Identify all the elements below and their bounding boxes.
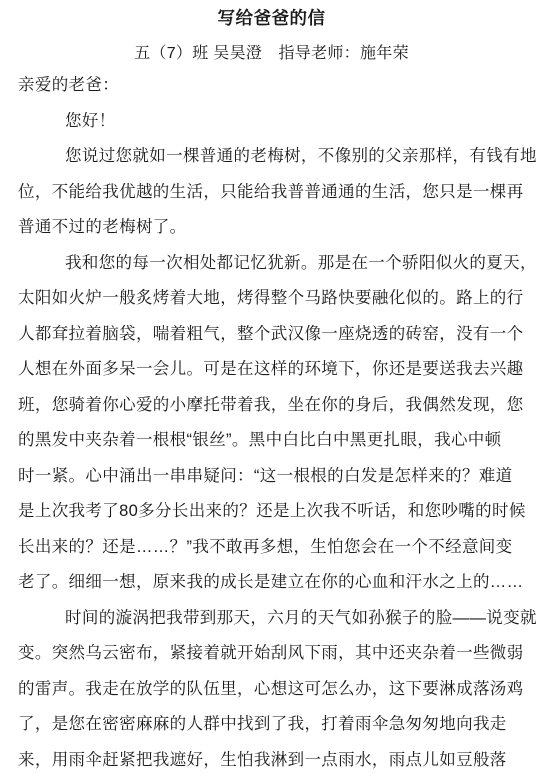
text-line: 的雷声。我走在放学的队伍里，心想这可怎么办，这下要淋成落汤鸡 [18,672,525,708]
text-line: 变。突然乌云密布，紧接着就开始刮风下雨，其中还夹杂着一些微弱 [18,636,525,672]
text-line: 人想在外面多呆一会儿。可是在这样的环境下，你还是要送我去兴趣 [18,352,525,388]
text-line: 班，您骑着你心爱的小摩托带着我，坐在你的身后，我偶然发现，您 [18,388,525,424]
text-line: 位，不能给我优越的生活，只能给我普普通通的生活，您只是一棵再 [18,175,525,211]
text-line: 老了。细细一想，原来我的成长是建立在你的心血和汗水之上的…… [18,565,525,601]
document-page: 写给爸爸的信 五（7）班 吴昊澄 指导老师：施年荣 亲爱的老爸： 您好！您说过您… [0,0,543,780]
text-line: 您好！ [18,104,525,140]
byline: 五（7）班 吴昊澄 指导老师：施年荣 [18,44,525,64]
paragraph: 时间的漩涡把我带到那天，六月的天气如孙猴子的脸——说变就变。突然乌云密布，紧接着… [18,601,525,779]
paragraphs: 您好！您说过您就如一棵普通的老梅树，不像别的父亲那样，有钱有地位，不能给我优越的… [18,104,525,779]
paragraph: 我和您的每一次相处都记忆犹新。那是在一个骄阳似火的夏天，太阳如火炉一般炙烤着大地… [18,246,525,601]
letter-body: 亲爱的老爸： 您好！您说过您就如一棵普通的老梅树，不像别的父亲那样，有钱有地位，… [18,68,525,778]
text-line: 的黑发中夹杂着一根根“银丝”。黑中白比白中黑更扎眼，我心中顿 [18,423,525,459]
text-line: 长出来的？还是……？”我不敢再多想，生怕您会在一个不经意间变 [18,530,525,566]
text-line: 了，是您在密密麻麻的人群中找到了我，打着雨伞急匆匆地向我走 [18,707,525,743]
text-line: 人都耷拉着脑袋，喘着粗气，整个武汉像一座烧透的砖窑，没有一个 [18,317,525,353]
text-line: 来，用雨伞赶紧把我遮好，生怕我淋到一点雨水，雨点儿如豆般落 [18,743,525,779]
page-title: 写给爸爸的信 [18,0,525,28]
text-line: 时间的漩涡把我带到那天，六月的天气如孙猴子的脸——说变就 [18,601,525,637]
text-line: 时一紧。心中涌出一串串疑问：“这一根根的白发是怎样来的？难道 [18,459,525,495]
salutation: 亲爱的老爸： [18,68,525,104]
text-line: 我和您的每一次相处都记忆犹新。那是在一个骄阳似火的夏天， [18,246,525,282]
text-line: 您说过您就如一棵普通的老梅树，不像别的父亲那样，有钱有地 [18,139,525,175]
paragraph: 您好！ [18,104,525,140]
text-line: 普通不过的老梅树了。 [18,210,525,246]
paragraph: 您说过您就如一棵普通的老梅树，不像别的父亲那样，有钱有地位，不能给我优越的生活，… [18,139,525,246]
text-line: 太阳如火炉一般炙烤着大地，烤得整个马路快要融化似的。路上的行 [18,281,525,317]
text-line: 是上次我考了80多分长出来的？还是上次我不听话，和您吵嘴的时候 [18,494,525,530]
